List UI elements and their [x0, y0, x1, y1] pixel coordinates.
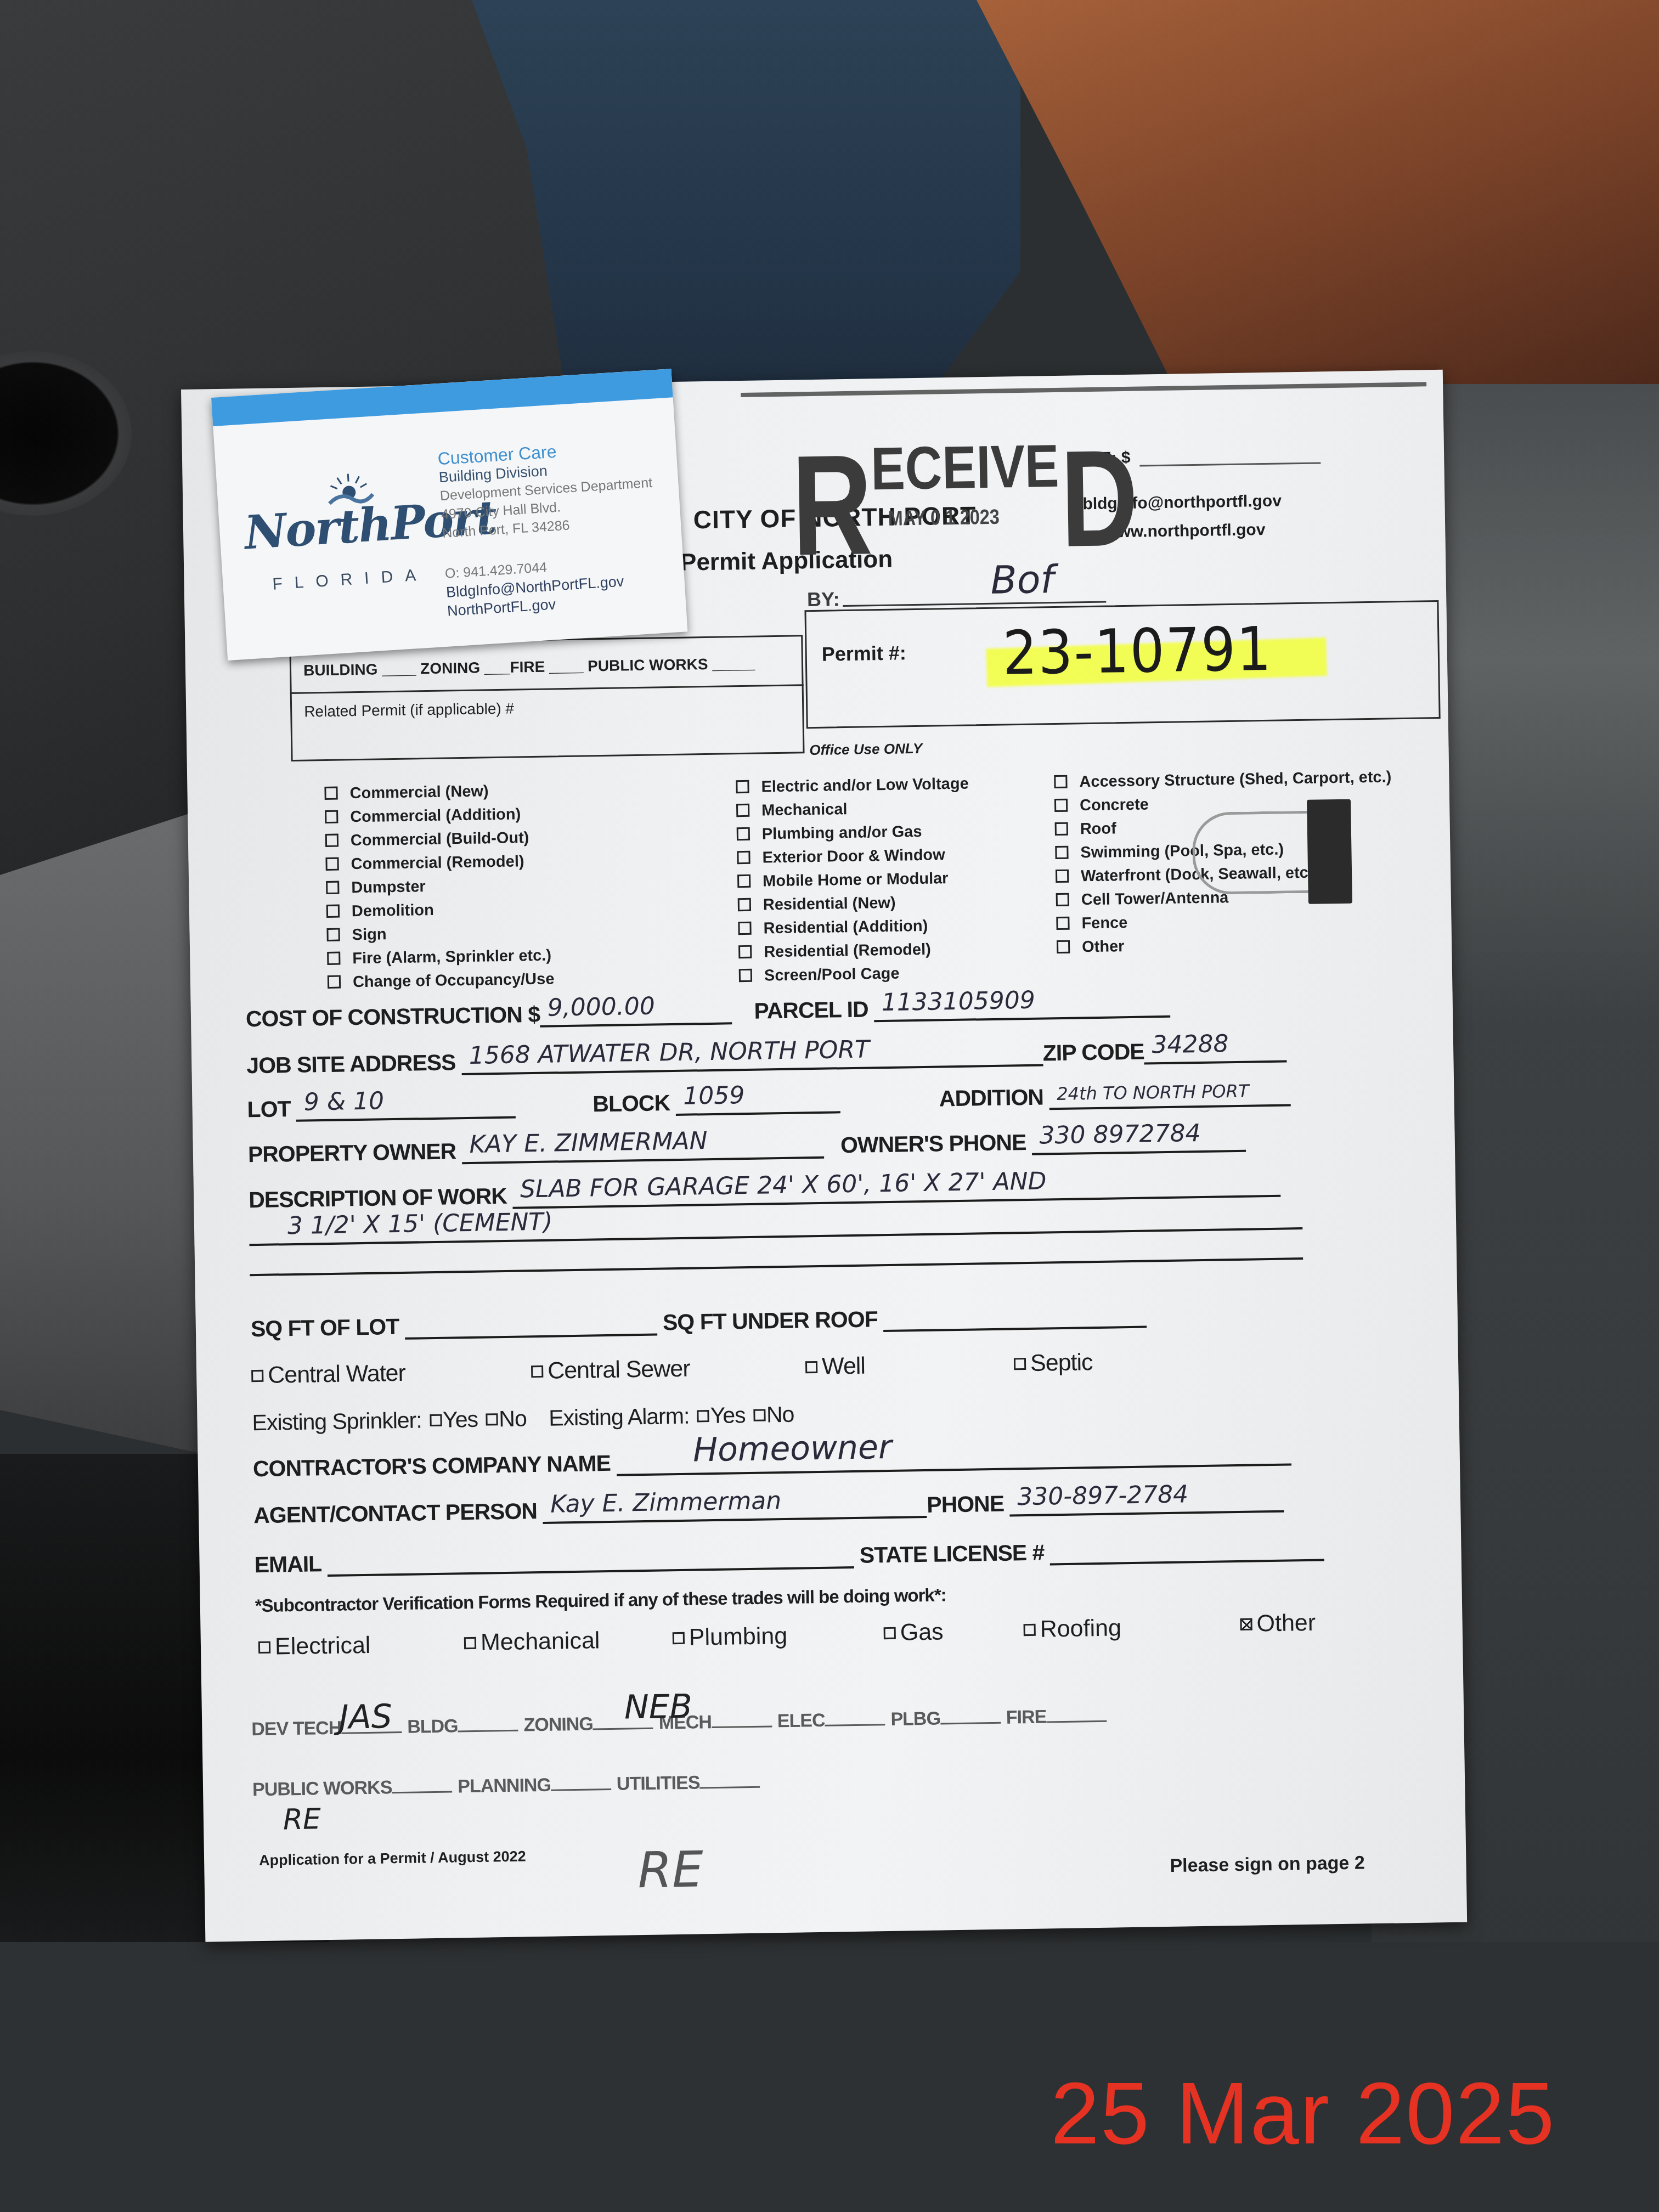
- review-blank[interactable]: [1046, 1720, 1107, 1723]
- review-blank[interactable]: [392, 1791, 453, 1794]
- received-stamp-d: D: [1059, 430, 1139, 568]
- review-label: FIRE: [1006, 1707, 1047, 1728]
- checkbox[interactable]: [464, 1637, 476, 1649]
- permit-type-option[interactable]: Fire (Alarm, Sprinkler etc.): [327, 944, 554, 970]
- address-label: JOB SITE ADDRESS: [246, 1049, 456, 1079]
- phone-label: PHONE: [927, 1491, 1005, 1518]
- initials-public-works: RE: [283, 1803, 321, 1836]
- permit-type-option[interactable]: Mobile Home or Modular: [737, 867, 970, 894]
- form-version: Application for a Permit / August 2022: [259, 1848, 526, 1869]
- alarm-no-checkbox[interactable]: [753, 1409, 765, 1421]
- permit-type-option[interactable]: Electric and/or Low Voltage: [736, 772, 969, 800]
- cost-row: COST OF CONSTRUCTION $9,000.00 PARCEL ID…: [246, 991, 1171, 1032]
- alarm-yes-checkbox[interactable]: [697, 1410, 709, 1422]
- block-field[interactable]: 1059: [675, 1087, 840, 1116]
- sprinkler-no-checkbox[interactable]: [486, 1413, 498, 1425]
- header-rule: [741, 382, 1426, 397]
- owner-phone-label: OWNER'S PHONE: [840, 1130, 1026, 1158]
- review-blank[interactable]: [593, 1728, 653, 1730]
- permit-type-label: Roof: [1080, 820, 1117, 838]
- sign-note: Please sign on page 2: [1170, 1852, 1365, 1877]
- checkbox[interactable]: [736, 780, 749, 793]
- permit-type-option[interactable]: Residential (Addition): [738, 914, 971, 941]
- address-value: 1568 ATWATER DR, NORTH PORT: [469, 1035, 870, 1069]
- review-label: ELEC: [777, 1710, 825, 1731]
- checkbox[interactable]: [326, 905, 340, 918]
- permit-number-label: Permit #:: [821, 641, 906, 665]
- checkbox[interactable]: [251, 1370, 263, 1382]
- permit-type-label: Electric and/or Low Voltage: [761, 775, 969, 796]
- permit-types-col2: Electric and/or Low VoltageMechanicalPlu…: [736, 772, 972, 989]
- received-date: MAY 0 1 2023: [888, 506, 1000, 531]
- checkbox[interactable]: [325, 810, 338, 823]
- agent-label: AGENT/CONTACT PERSON: [253, 1498, 537, 1528]
- review-blank[interactable]: [940, 1722, 1001, 1725]
- permit-type-option[interactable]: Other: [1057, 930, 1394, 960]
- related-permit-field[interactable]: Related Permit (if applicable) #: [304, 700, 514, 721]
- checkbox[interactable]: [737, 874, 751, 888]
- trade-gas[interactable]: Gas: [883, 1618, 944, 1646]
- sqft-roof-label: SQ FT UNDER ROOF: [663, 1306, 878, 1335]
- office-use-caption: Office Use ONLY: [809, 740, 922, 759]
- permit-type-label: Fire (Alarm, Sprinkler etc.): [352, 947, 551, 968]
- department-box: [289, 635, 804, 761]
- phone-value: 330-897-2784: [1017, 1480, 1188, 1511]
- checkbox[interactable]: [737, 827, 750, 840]
- permit-type-label: Cell Tower/Antenna: [1081, 889, 1229, 909]
- cost-label: COST OF CONSTRUCTION $: [246, 1002, 540, 1032]
- address-row: JOB SITE ADDRESS 1568 ATWATER DR, NORTH …: [246, 1036, 1287, 1079]
- checkbox-checked[interactable]: [1240, 1618, 1252, 1630]
- card-contact-info: Customer Care Building Division Developm…: [437, 436, 660, 620]
- sprinkler-label: Existing Sprinkler:: [252, 1407, 422, 1435]
- permit-type-option[interactable]: Sign: [326, 920, 554, 947]
- permit-type-option[interactable]: Exterior Door & Window: [737, 843, 970, 871]
- review-blank[interactable]: [825, 1724, 885, 1726]
- business-card: NorthPort FLORIDA Customer Care Building…: [211, 369, 687, 661]
- sqft-lot-field[interactable]: [404, 1310, 657, 1340]
- permit-type-label: Residential (New): [763, 894, 896, 914]
- checkbox[interactable]: [1014, 1358, 1026, 1370]
- permit-type-option[interactable]: Screen/Pool Cage: [739, 961, 972, 988]
- description-line-2: 3 1/2' X 15' (CEMENT): [287, 1208, 553, 1240]
- zip-value: 34288: [1152, 1030, 1229, 1059]
- checkbox[interactable]: [1055, 846, 1068, 859]
- received-stamp-r: R: [791, 433, 873, 577]
- permit-type-label: Residential (Remodel): [764, 941, 931, 961]
- permit-type-label: Dumpster: [351, 878, 426, 896]
- permit-type-label: Fence: [1081, 914, 1127, 932]
- checkbox[interactable]: [1056, 893, 1069, 906]
- review-blank[interactable]: [458, 1730, 518, 1733]
- alarm-label: Existing Alarm:: [549, 1403, 690, 1431]
- initials-zoning: NEB: [624, 1688, 692, 1727]
- cost-value: 9,000.00: [547, 992, 655, 1022]
- permit-type-label: Screen/Pool Cage: [764, 965, 900, 985]
- owner-label: PROPERTY OWNER: [248, 1138, 456, 1167]
- license-label: STATE LICENSE #: [860, 1540, 1045, 1568]
- sqft-row: SQ FT OF LOT SQ FT UNDER ROOF: [251, 1302, 1147, 1342]
- checkbox[interactable]: [328, 975, 341, 989]
- checkbox[interactable]: [673, 1632, 685, 1644]
- addition-field[interactable]: 24th TO NORTH PORT: [1049, 1080, 1291, 1110]
- zip-label: ZIP CODE: [1042, 1039, 1144, 1066]
- permit-type-option[interactable]: Residential (New): [738, 890, 971, 918]
- photo-date-overlay: 25 Mar 2025: [1051, 2063, 1555, 2164]
- permit-type-label: Accessory Structure (Shed, Carport, etc.…: [1079, 768, 1391, 791]
- due-line: [1139, 462, 1321, 466]
- sqft-roof-field[interactable]: [883, 1302, 1147, 1333]
- owner-phone-value: 330 8972784: [1039, 1119, 1201, 1150]
- binder-clip: [1307, 799, 1352, 904]
- zip-field[interactable]: 34288: [1144, 1036, 1287, 1064]
- checkbox[interactable]: [884, 1627, 896, 1639]
- owner-field[interactable]: KAY E. ZIMMERMAN: [461, 1132, 824, 1164]
- utility-well[interactable]: Well: [805, 1350, 1014, 1380]
- permit-type-label: Commercial (Addition): [350, 805, 521, 826]
- email-label: EMAIL: [254, 1551, 321, 1578]
- cost-field[interactable]: 9,000.00: [540, 998, 732, 1027]
- permit-type-option[interactable]: Demolition: [326, 896, 554, 923]
- addition-label: ADDITION: [939, 1084, 1043, 1111]
- checkbox[interactable]: [737, 851, 750, 864]
- permit-types-col1: Commercial (New)Commercial (Addition)Com…: [324, 778, 554, 994]
- block-label: BLOCK: [592, 1090, 670, 1117]
- checkbox[interactable]: [327, 952, 340, 965]
- checkbox[interactable]: [325, 834, 338, 847]
- checkbox[interactable]: [738, 898, 751, 911]
- permit-type-option[interactable]: Commercial (Remodel): [325, 849, 552, 876]
- review-label: PLANNING: [458, 1775, 551, 1797]
- phone-field[interactable]: 330-897-2784: [1009, 1486, 1284, 1517]
- contractor-field[interactable]: Homeowner: [616, 1439, 1291, 1476]
- parcel-field[interactable]: 1133105909: [874, 991, 1171, 1022]
- contractor-label: CONTRACTOR'S COMPANY NAME: [253, 1451, 611, 1482]
- checkbox[interactable]: [1024, 1623, 1036, 1635]
- permit-type-label: Concrete: [1080, 795, 1149, 814]
- review-label: PUBLIC WORKS: [252, 1777, 392, 1800]
- owner-value: KAY E. ZIMMERMAN: [469, 1127, 708, 1159]
- binder-clip-wire: [1192, 810, 1322, 895]
- permit-type-label: Mechanical: [761, 800, 848, 819]
- lot-row: LOT 9 & 10 BLOCK 1059 ADDITION 24th TO N…: [247, 1080, 1290, 1122]
- received-stamp-mid: ECEIVE: [871, 436, 1060, 499]
- lot-label: LOT: [247, 1096, 291, 1122]
- utility-septic[interactable]: Septic: [1014, 1349, 1093, 1376]
- sprinkler-yes-checkbox[interactable]: [430, 1414, 442, 1426]
- permit-type-label: Sign: [352, 926, 386, 944]
- email-row: EMAIL STATE LICENSE #: [254, 1535, 1324, 1578]
- email-field[interactable]: [327, 1542, 854, 1577]
- checkbox[interactable]: [1056, 870, 1069, 883]
- agent-row: AGENT/CONTACT PERSON Kay E. ZimmermanPHO…: [253, 1486, 1284, 1528]
- sqft-lot-label: SQ FT OF LOT: [251, 1314, 399, 1342]
- contractor-row: CONTRACTOR'S COMPANY NAME Homeowner: [253, 1439, 1291, 1482]
- permit-type-label: Change of Occupancy/Use: [353, 970, 555, 991]
- subcontractor-note: *Subcontractor Verification Forms Requir…: [255, 1584, 946, 1616]
- review-label: DEV TECH: [251, 1718, 341, 1740]
- permit-type-option[interactable]: Dumpster: [326, 873, 553, 900]
- checkbox[interactable]: [805, 1361, 817, 1373]
- addition-value: 24th TO NORTH PORT: [1057, 1081, 1249, 1104]
- review-blank[interactable]: [712, 1725, 772, 1728]
- agent-value: Kay E. Zimmerman: [550, 1487, 782, 1519]
- checkbox[interactable]: [736, 804, 749, 817]
- description-field-1[interactable]: SLAB FOR GARAGE 24' X 60', 16' X 27' AND: [512, 1171, 1281, 1209]
- lot-value: 9 & 10: [303, 1087, 384, 1116]
- trade-electrical[interactable]: Electrical: [258, 1632, 371, 1661]
- checkbox[interactable]: [325, 857, 338, 871]
- permit-type-label: Residential (Addition): [763, 917, 928, 938]
- review-label: BLDG: [407, 1716, 458, 1737]
- checkbox[interactable]: [326, 928, 340, 941]
- permit-type-label: Plumbing and/or Gas: [762, 823, 922, 843]
- permit-type-option[interactable]: Commercial (Addition): [325, 802, 552, 829]
- utility-central-water[interactable]: Central Water: [251, 1358, 532, 1389]
- checkbox[interactable]: [1055, 822, 1068, 836]
- utilities-row: Central WaterCentral SewerWellSeptic: [251, 1349, 1093, 1389]
- checkbox[interactable]: [1054, 775, 1067, 788]
- parcel-value: 1133105909: [881, 986, 1035, 1017]
- utility-central-sewer[interactable]: Central Sewer: [531, 1353, 806, 1385]
- lot-field[interactable]: 9 & 10: [296, 1092, 516, 1122]
- permit-type-label: Mobile Home or Modular: [763, 870, 949, 890]
- initials-bottom: RE: [637, 1841, 704, 1899]
- checkbox[interactable]: [739, 969, 752, 982]
- checkbox[interactable]: [1054, 799, 1068, 812]
- agent-field[interactable]: Kay E. Zimmerman: [543, 1492, 927, 1524]
- checkbox[interactable]: [1057, 940, 1070, 953]
- permit-type-option[interactable]: Change of Occupancy/Use: [328, 967, 555, 994]
- checkbox[interactable]: [258, 1641, 270, 1653]
- trade-roofing[interactable]: Roofing: [1023, 1615, 1121, 1643]
- review-label: PLBG: [890, 1708, 940, 1730]
- review-label: ZONING: [523, 1714, 593, 1736]
- received-by-initials: Bof: [990, 557, 1054, 603]
- permit-type-option[interactable]: Residential (Remodel): [738, 938, 972, 965]
- review-blank[interactable]: [700, 1786, 760, 1789]
- trade-other[interactable]: Other: [1240, 1610, 1316, 1638]
- checkbox[interactable]: [1056, 917, 1069, 930]
- review-blank[interactable]: [551, 1788, 611, 1791]
- permit-type-option[interactable]: Plumbing and/or Gas: [737, 820, 970, 847]
- owner-phone-field[interactable]: 330 8972784: [1031, 1126, 1246, 1155]
- received-by-label: BY:: [807, 588, 840, 611]
- trade-mechanical[interactable]: Mechanical: [464, 1627, 600, 1656]
- review-label: UTILITIES: [617, 1772, 700, 1794]
- permit-number-value[interactable]: 23-10791: [1002, 614, 1273, 689]
- parcel-label: PARCEL ID: [754, 996, 868, 1024]
- owner-row: PROPERTY OWNER KAY E. ZIMMERMAN OWNER'S …: [248, 1126, 1246, 1168]
- trade-plumbing[interactable]: Plumbing: [672, 1623, 787, 1651]
- logo-florida: FLORIDA: [272, 566, 429, 594]
- checkbox[interactable]: [738, 945, 752, 958]
- permit-type-label: Commercial (Build-Out): [351, 829, 529, 849]
- permit-type-label: Demolition: [352, 901, 434, 920]
- license-field[interactable]: [1049, 1535, 1324, 1566]
- permit-type-option[interactable]: Mechanical: [736, 796, 969, 823]
- permit-type-label: Commercial (Remodel): [351, 853, 524, 873]
- permit-type-option[interactable]: Commercial (Build-Out): [325, 826, 552, 853]
- checkbox[interactable]: [324, 787, 337, 800]
- address-field[interactable]: 1568 ATWATER DR, NORTH PORT: [461, 1040, 1043, 1075]
- block-value: 1059: [683, 1081, 745, 1110]
- checkbox[interactable]: [738, 922, 751, 935]
- description-line-1: SLAB FOR GARAGE 24' X 60', 16' X 27' AND: [520, 1167, 1047, 1203]
- permit-type-label: Other: [1082, 938, 1125, 956]
- checkbox[interactable]: [326, 881, 339, 894]
- contractor-value: Homeowner: [693, 1428, 893, 1470]
- checkbox[interactable]: [531, 1365, 543, 1377]
- review-row-2: PUBLIC WORKSPLANNINGUTILITIES: [252, 1771, 766, 1801]
- permit-type-label: Exterior Door & Window: [762, 846, 945, 866]
- initials-devtech: JAS: [339, 1697, 393, 1737]
- permit-type-option[interactable]: Commercial (New): [324, 778, 551, 805]
- permit-type-label: Commercial (New): [349, 782, 488, 802]
